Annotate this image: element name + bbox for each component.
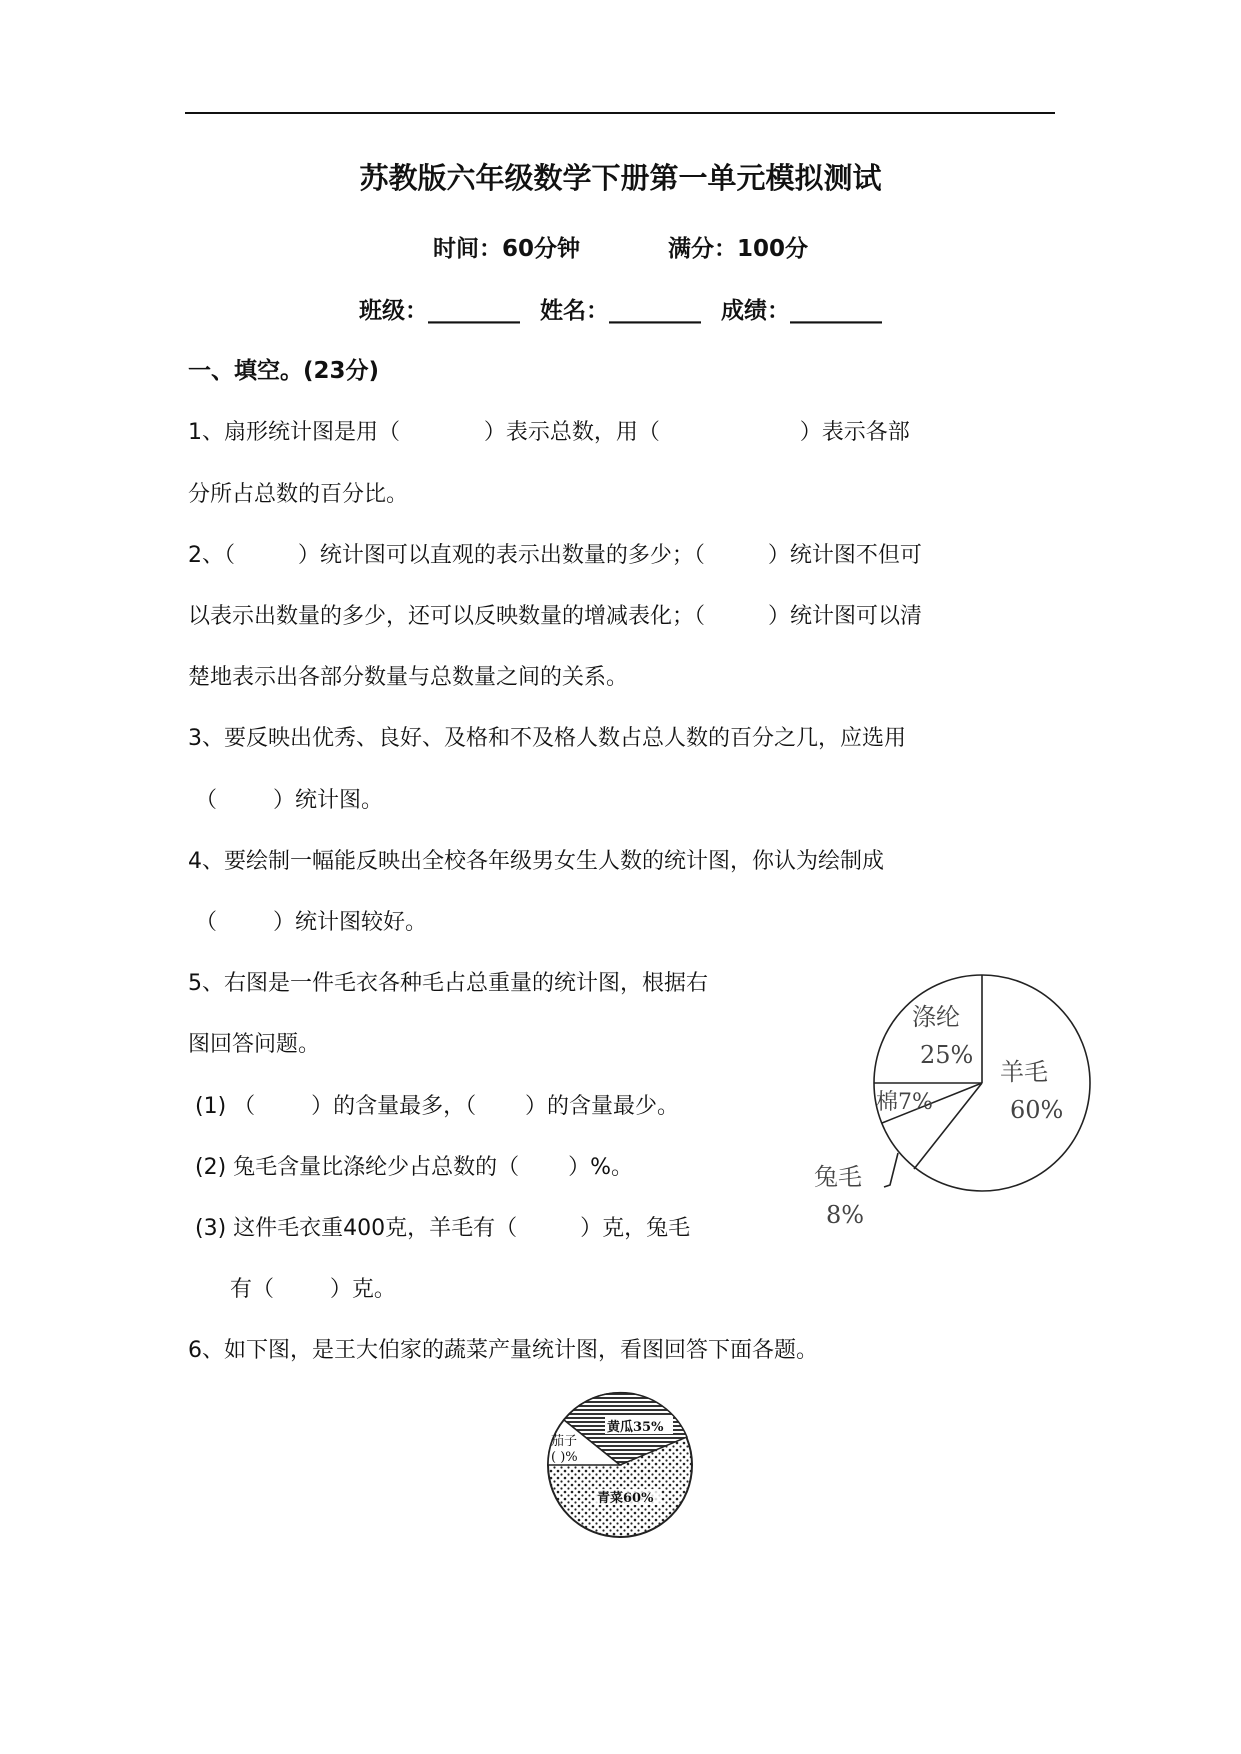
question-2-line-2: 以表示出数量的多少，还可以反映数量的增减表化；（ ）统计图可以清: [188, 599, 922, 630]
label-polyester-pct: 25%: [920, 1041, 973, 1069]
question-5-sub-2: (2) 兔毛含量比涤纶少占总数的（ ）%。: [188, 1150, 633, 1181]
question-4-line-2: （ ）统计图较好。: [188, 905, 427, 936]
question-5-intro-1: 5、右图是一件毛衣各种毛占总重量的统计图，根据右: [188, 966, 708, 997]
score-field[interactable]: 成绩：________: [721, 298, 882, 324]
student-fields: 班级：________ 姓名：________ 成绩：________: [0, 292, 1241, 325]
question-5-sub-3b: 有（ ）克。: [188, 1272, 396, 1303]
question-6: 6、如下图，是王大伯家的蔬菜产量统计图，看图回答下面各题。: [188, 1333, 818, 1364]
label-cotton: 棉7%: [876, 1090, 933, 1115]
sweater-pie-chart: 涤纶 25% 羊毛 60% 棉7% 兔毛 8%: [800, 965, 1100, 1235]
label-rabbit: 兔毛: [814, 1163, 862, 1191]
question-3-line-2: （ ）统计图。: [188, 783, 383, 814]
question-2-line-3: 楚地表示出各部分数量与总数量之间的关系。: [188, 660, 628, 691]
full-score: 满分：100分: [668, 230, 808, 263]
label-polyester: 涤纶: [912, 1003, 960, 1031]
question-3-line-1: 3、要反映出优秀、良好、及格和不及格人数占总人数的百分之几，应选用: [188, 721, 906, 752]
question-5-intro-2: 图回答问题。: [188, 1027, 320, 1058]
label-eggplant: 茄子: [551, 1434, 577, 1449]
label-wool-pct: 60%: [1010, 1096, 1063, 1124]
vegetable-pie-chart: 黄瓜35% 茄子 ( )% 青菜60%: [535, 1385, 705, 1545]
label-rabbit-pct: 8%: [826, 1201, 864, 1229]
label-greens: 青菜60%: [597, 1490, 654, 1506]
section-heading: 一、填空。(23分): [188, 352, 379, 385]
label-wool: 羊毛: [1000, 1058, 1048, 1086]
class-field[interactable]: 班级：________: [359, 298, 520, 324]
page-title: 苏教版六年级数学下册第一单元模拟测试: [0, 156, 1241, 197]
name-field[interactable]: 姓名：________: [540, 298, 701, 324]
question-5-sub-3: (3) 这件毛衣重400克，羊毛有（ ）克，兔毛: [188, 1211, 690, 1242]
question-2-line-1: 2、（ ）统计图可以直观的表示出数量的多少；（ ）统计图不但可: [188, 538, 922, 569]
question-1-line-1: 1、扇形统计图是用（ ）表示总数，用（ ）表示各部: [188, 415, 910, 446]
time-limit: 时间：60分钟: [433, 230, 580, 263]
question-1-line-2: 分所占总数的百分比。: [188, 477, 408, 508]
question-5-sub-1: (1) （ ）的含量最多，（ ）的含量最少。: [188, 1089, 679, 1120]
label-eggplant-pct: ( )%: [551, 1450, 578, 1465]
label-cucumber: 黄瓜35%: [607, 1419, 664, 1435]
question-4-line-1: 4、要绘制一幅能反映出全校各年级男女生人数的统计图，你认为绘制成: [188, 844, 884, 875]
exam-meta: 时间：60分钟 满分：100分: [0, 230, 1241, 263]
header-rule: [185, 112, 1055, 114]
